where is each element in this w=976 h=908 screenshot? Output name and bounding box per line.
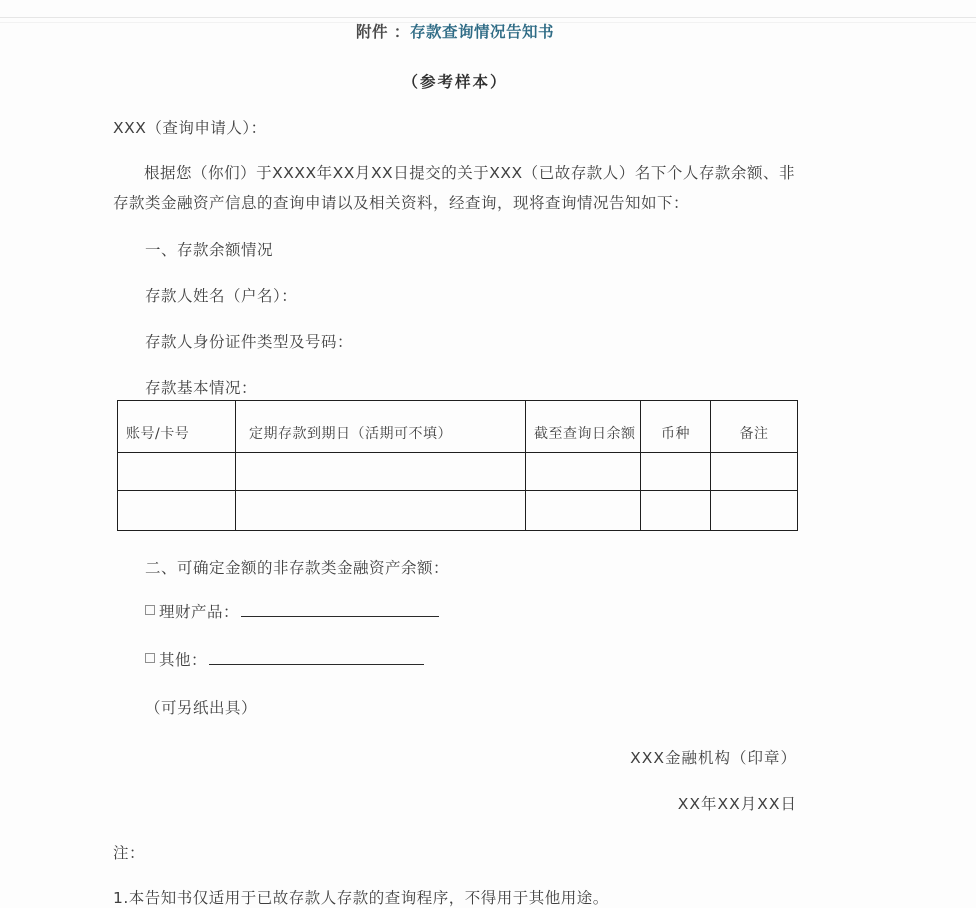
deposit-basic-label: 存款基本情况：: [145, 376, 257, 398]
table-cell: [526, 491, 641, 531]
table-cell: [641, 453, 711, 491]
deposit-table-header-row: 账号/卡号 定期存款到期日（活期可不填） 截至查询日余额 币种 备注: [118, 401, 798, 453]
note-item-1: 1.本告知书仅适用于已故存款人存款的查询程序，不得用于其他用途。: [113, 886, 609, 908]
col-header-maturity: 定期存款到期日（活期可不填）: [236, 401, 526, 453]
depositor-id-label: 存款人身份证件类型及号码：: [145, 330, 353, 352]
addressee-line: XXX（查询申请人）：: [113, 116, 267, 138]
table-cell: [118, 491, 236, 531]
signature-date: XX年XX月XX日: [113, 792, 797, 814]
table-row: [118, 491, 798, 531]
section-two-heading: 二、可确定金额的非存款类金融资产余额：: [145, 556, 449, 578]
wealth-product-blank: [241, 602, 439, 617]
document-title: 存款查询情况告知书: [410, 23, 554, 41]
other-asset-blank: [209, 650, 424, 665]
wealth-product-label: 理财产品：: [159, 603, 239, 621]
col-header-balance: 截至查询日余额: [526, 401, 641, 453]
notes-label: 注：: [113, 841, 145, 863]
other-asset-label: 其他：: [159, 651, 207, 669]
attachment-label: 附件 ：: [356, 23, 410, 41]
table-cell: [118, 453, 236, 491]
separate-paper-note: （可另纸出具）: [145, 696, 257, 718]
col-header-currency: 币种: [641, 401, 711, 453]
table-cell: [236, 491, 526, 531]
table-cell: [526, 453, 641, 491]
table-cell: [641, 491, 711, 531]
col-header-account: 账号/卡号: [118, 401, 236, 453]
table-cell: [711, 453, 798, 491]
checkbox-icon: [145, 653, 155, 663]
table-row: [118, 453, 798, 491]
section-one-heading: 一、存款余额情况: [145, 238, 273, 260]
intro-paragraph: 根据您（你们）于XXXX年XX月XX日提交的关于XXX（已故存款人）名下个人存款…: [113, 158, 795, 218]
signature-org: XXX金融机构（印章）: [113, 746, 797, 768]
table-cell: [236, 453, 526, 491]
document-page: 附件 ：存款查询情况告知书 （参考样本） XXX（查询申请人）： 根据您（你们）…: [0, 0, 976, 908]
other-asset-line: 其他：: [145, 648, 424, 670]
table-cell: [711, 491, 798, 531]
document-subtitle: （参考样本）: [113, 70, 797, 92]
document-title-line: 附件 ：存款查询情况告知书: [113, 20, 797, 42]
checkbox-icon: [145, 605, 155, 615]
wealth-product-line: 理财产品：: [145, 600, 439, 622]
depositor-name-label: 存款人姓名（户名）：: [145, 284, 297, 306]
col-header-remarks: 备注: [711, 401, 798, 453]
deposit-table: 账号/卡号 定期存款到期日（活期可不填） 截至查询日余额 币种 备注: [117, 400, 798, 531]
